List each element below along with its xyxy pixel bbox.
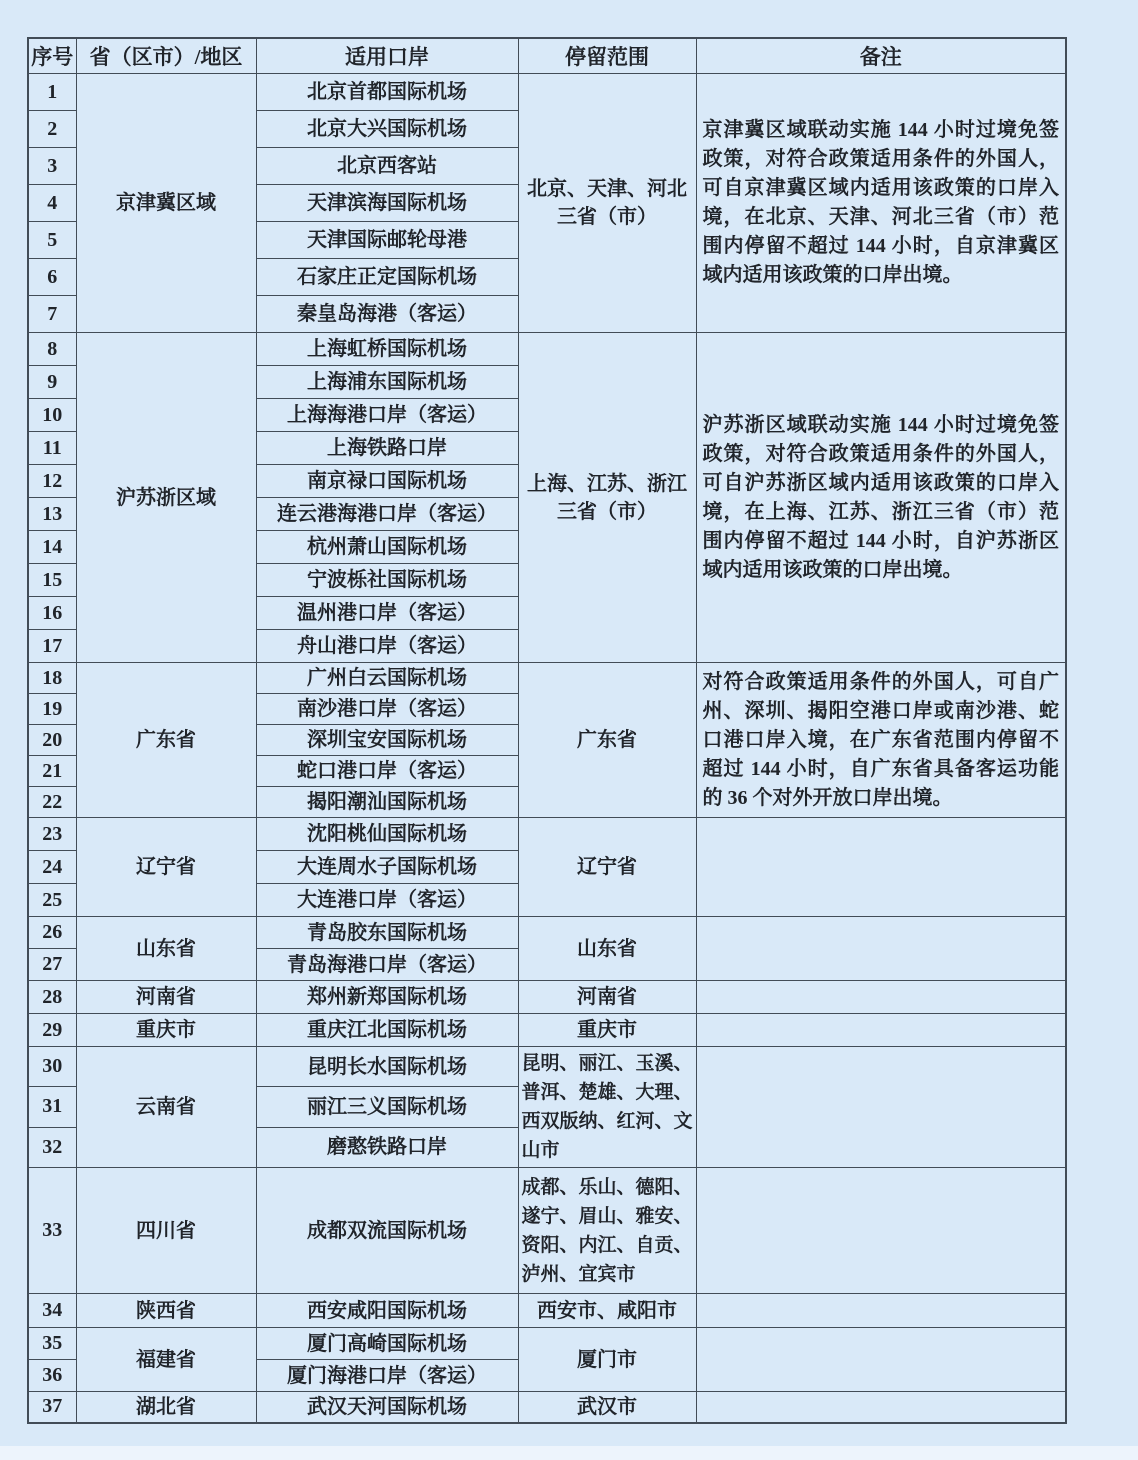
port-cell: 宁波栎社国际机场 — [256, 564, 518, 597]
table-row: 34陕西省西安咸阳国际机场西安市、咸阳市 — [28, 1294, 1066, 1328]
stay-scope-cell: 武汉市 — [518, 1392, 696, 1423]
row-number-cell: 22 — [28, 787, 76, 818]
port-cell: 温州港口岸（客运） — [256, 597, 518, 630]
port-cell: 石家庄正定国际机场 — [256, 259, 518, 296]
row-number-cell: 24 — [28, 851, 76, 884]
port-cell: 杭州萧山国际机场 — [256, 531, 518, 564]
port-cell: 大连港口岸（客运） — [256, 884, 518, 917]
row-number-cell: 33 — [28, 1168, 76, 1294]
remark-cell — [696, 981, 1066, 1014]
table-row: 30云南省昆明长水国际机场昆明、丽江、玉溪、普洱、楚雄、大理、西双版纳、红河、文… — [28, 1047, 1066, 1087]
row-number-cell: 19 — [28, 694, 76, 725]
port-cell: 揭阳潮汕国际机场 — [256, 787, 518, 818]
row-number-cell: 7 — [28, 296, 76, 333]
row-number-cell: 1 — [28, 74, 76, 111]
row-number-cell: 32 — [28, 1127, 76, 1167]
region-cell: 沪苏浙区域 — [76, 333, 256, 663]
table-row: 1京津冀区域北京首都国际机场北京、天津、河北三省（市）京津冀区域联动实施 144… — [28, 74, 1066, 111]
port-cell: 北京首都国际机场 — [256, 74, 518, 111]
stay-scope-cell: 昆明、丽江、玉溪、普洱、楚雄、大理、西双版纳、红河、文山市 — [518, 1047, 696, 1168]
region-cell: 福建省 — [76, 1328, 256, 1392]
remark-cell: 京津冀区域联动实施 144 小时过境免签政策，对符合政策适用条件的外国人，可自京… — [696, 74, 1066, 333]
stay-scope-cell: 北京、天津、河北三省（市） — [518, 74, 696, 333]
stay-scope-cell: 西安市、咸阳市 — [518, 1294, 696, 1328]
visa-free-ports-table: 序号 省（区市）/地区 适用口岸 停留范围 备注 1京津冀区域北京首都国际机场北… — [27, 37, 1067, 1424]
row-number-cell: 31 — [28, 1087, 76, 1127]
port-cell: 厦门海港口岸（客运） — [256, 1360, 518, 1392]
row-number-cell: 21 — [28, 756, 76, 787]
row-number-cell: 34 — [28, 1294, 76, 1328]
row-number-cell: 16 — [28, 597, 76, 630]
row-number-cell: 6 — [28, 259, 76, 296]
region-cell: 湖北省 — [76, 1392, 256, 1423]
stay-scope-cell: 广东省 — [518, 663, 696, 818]
row-number-cell: 12 — [28, 465, 76, 498]
remark-cell: 沪苏浙区域联动实施 144 小时过境免签政策，对符合政策适用条件的外国人，可自沪… — [696, 333, 1066, 663]
port-cell: 西安咸阳国际机场 — [256, 1294, 518, 1328]
table-row: 26山东省青岛胶东国际机场山东省 — [28, 917, 1066, 949]
stay-scope-cell: 成都、乐山、德阳、遂宁、眉山、雅安、资阳、内江、自贡、泸州、宜宾市 — [518, 1168, 696, 1294]
port-cell: 天津国际邮轮母港 — [256, 222, 518, 259]
port-cell: 上海浦东国际机场 — [256, 366, 518, 399]
port-cell: 广州白云国际机场 — [256, 663, 518, 694]
region-cell: 四川省 — [76, 1168, 256, 1294]
row-number-cell: 23 — [28, 818, 76, 851]
row-number-cell: 4 — [28, 185, 76, 222]
port-cell: 青岛海港口岸（客运） — [256, 949, 518, 981]
remark-cell: 对符合政策适用条件的外国人，可自广州、深圳、揭阳空港口岸或南沙港、蛇口港口岸入境… — [696, 663, 1066, 818]
stay-scope-cell: 上海、江苏、浙江三省（市） — [518, 333, 696, 663]
row-number-cell: 15 — [28, 564, 76, 597]
stay-scope-cell: 辽宁省 — [518, 818, 696, 917]
table-row: 35福建省厦门高崎国际机场厦门市 — [28, 1328, 1066, 1360]
region-cell: 重庆市 — [76, 1014, 256, 1047]
row-number-cell: 30 — [28, 1047, 76, 1087]
port-cell: 蛇口港口岸（客运） — [256, 756, 518, 787]
stay-scope-cell: 厦门市 — [518, 1328, 696, 1392]
table-row: 18广东省广州白云国际机场广东省对符合政策适用条件的外国人，可自广州、深圳、揭阳… — [28, 663, 1066, 694]
region-cell: 山东省 — [76, 917, 256, 981]
region-cell: 广东省 — [76, 663, 256, 818]
port-cell: 连云港海港口岸（客运） — [256, 498, 518, 531]
row-number-cell: 25 — [28, 884, 76, 917]
row-number-cell: 18 — [28, 663, 76, 694]
row-number-cell: 36 — [28, 1360, 76, 1392]
port-cell: 上海虹桥国际机场 — [256, 333, 518, 366]
document-page: 序号 省（区市）/地区 适用口岸 停留范围 备注 1京津冀区域北京首都国际机场北… — [0, 0, 1138, 1460]
stay-scope-cell: 重庆市 — [518, 1014, 696, 1047]
table-row: 37湖北省武汉天河国际机场武汉市 — [28, 1392, 1066, 1423]
table-row: 8沪苏浙区域上海虹桥国际机场上海、江苏、浙江三省（市）沪苏浙区域联动实施 144… — [28, 333, 1066, 366]
port-cell: 秦皇岛海港（客运） — [256, 296, 518, 333]
port-cell: 南京禄口国际机场 — [256, 465, 518, 498]
row-number-cell: 20 — [28, 725, 76, 756]
column-header-stay-scope: 停留范围 — [518, 38, 696, 74]
port-cell: 南沙港口岸（客运） — [256, 694, 518, 725]
row-number-cell: 3 — [28, 148, 76, 185]
row-number-cell: 2 — [28, 111, 76, 148]
column-header-index: 序号 — [28, 38, 76, 74]
region-cell: 辽宁省 — [76, 818, 256, 917]
column-header-port: 适用口岸 — [256, 38, 518, 74]
port-cell: 成都双流国际机场 — [256, 1168, 518, 1294]
port-cell: 沈阳桃仙国际机场 — [256, 818, 518, 851]
port-cell: 天津滨海国际机场 — [256, 185, 518, 222]
remark-cell — [696, 1392, 1066, 1423]
port-cell: 北京西客站 — [256, 148, 518, 185]
remark-cell — [696, 818, 1066, 917]
row-number-cell: 5 — [28, 222, 76, 259]
row-number-cell: 11 — [28, 432, 76, 465]
port-cell: 青岛胶东国际机场 — [256, 917, 518, 949]
table-row: 29重庆市重庆江北国际机场重庆市 — [28, 1014, 1066, 1047]
remark-cell — [696, 1047, 1066, 1168]
port-cell: 上海铁路口岸 — [256, 432, 518, 465]
table-row: 28河南省郑州新郑国际机场河南省 — [28, 981, 1066, 1014]
region-cell: 京津冀区域 — [76, 74, 256, 333]
table-header-row: 序号 省（区市）/地区 适用口岸 停留范围 备注 — [28, 38, 1066, 74]
row-number-cell: 29 — [28, 1014, 76, 1047]
port-cell: 武汉天河国际机场 — [256, 1392, 518, 1423]
bottom-strip — [0, 1446, 1138, 1460]
port-cell: 昆明长水国际机场 — [256, 1047, 518, 1087]
port-cell: 重庆江北国际机场 — [256, 1014, 518, 1047]
row-number-cell: 8 — [28, 333, 76, 366]
column-header-remark: 备注 — [696, 38, 1066, 74]
row-number-cell: 14 — [28, 531, 76, 564]
table-row: 33四川省成都双流国际机场成都、乐山、德阳、遂宁、眉山、雅安、资阳、内江、自贡、… — [28, 1168, 1066, 1294]
port-cell: 上海海港口岸（客运） — [256, 399, 518, 432]
row-number-cell: 10 — [28, 399, 76, 432]
row-number-cell: 17 — [28, 630, 76, 663]
region-cell: 陕西省 — [76, 1294, 256, 1328]
port-cell: 磨憨铁路口岸 — [256, 1127, 518, 1167]
table-row: 23辽宁省沈阳桃仙国际机场辽宁省 — [28, 818, 1066, 851]
stay-scope-cell: 山东省 — [518, 917, 696, 981]
port-cell: 北京大兴国际机场 — [256, 111, 518, 148]
remark-cell — [696, 917, 1066, 981]
remark-cell — [696, 1294, 1066, 1328]
row-number-cell: 28 — [28, 981, 76, 1014]
ports-table-body: 1京津冀区域北京首都国际机场北京、天津、河北三省（市）京津冀区域联动实施 144… — [28, 74, 1066, 1423]
port-cell: 深圳宝安国际机场 — [256, 725, 518, 756]
row-number-cell: 26 — [28, 917, 76, 949]
port-cell: 厦门高崎国际机场 — [256, 1328, 518, 1360]
column-header-region: 省（区市）/地区 — [76, 38, 256, 74]
row-number-cell: 35 — [28, 1328, 76, 1360]
port-cell: 大连周水子国际机场 — [256, 851, 518, 884]
row-number-cell: 9 — [28, 366, 76, 399]
port-cell: 郑州新郑国际机场 — [256, 981, 518, 1014]
stay-scope-cell: 河南省 — [518, 981, 696, 1014]
port-cell: 丽江三义国际机场 — [256, 1087, 518, 1127]
remark-cell — [696, 1328, 1066, 1392]
row-number-cell: 27 — [28, 949, 76, 981]
row-number-cell: 13 — [28, 498, 76, 531]
row-number-cell: 37 — [28, 1392, 76, 1423]
remark-cell — [696, 1168, 1066, 1294]
port-cell: 舟山港口岸（客运） — [256, 630, 518, 663]
region-cell: 河南省 — [76, 981, 256, 1014]
remark-cell — [696, 1014, 1066, 1047]
region-cell: 云南省 — [76, 1047, 256, 1168]
